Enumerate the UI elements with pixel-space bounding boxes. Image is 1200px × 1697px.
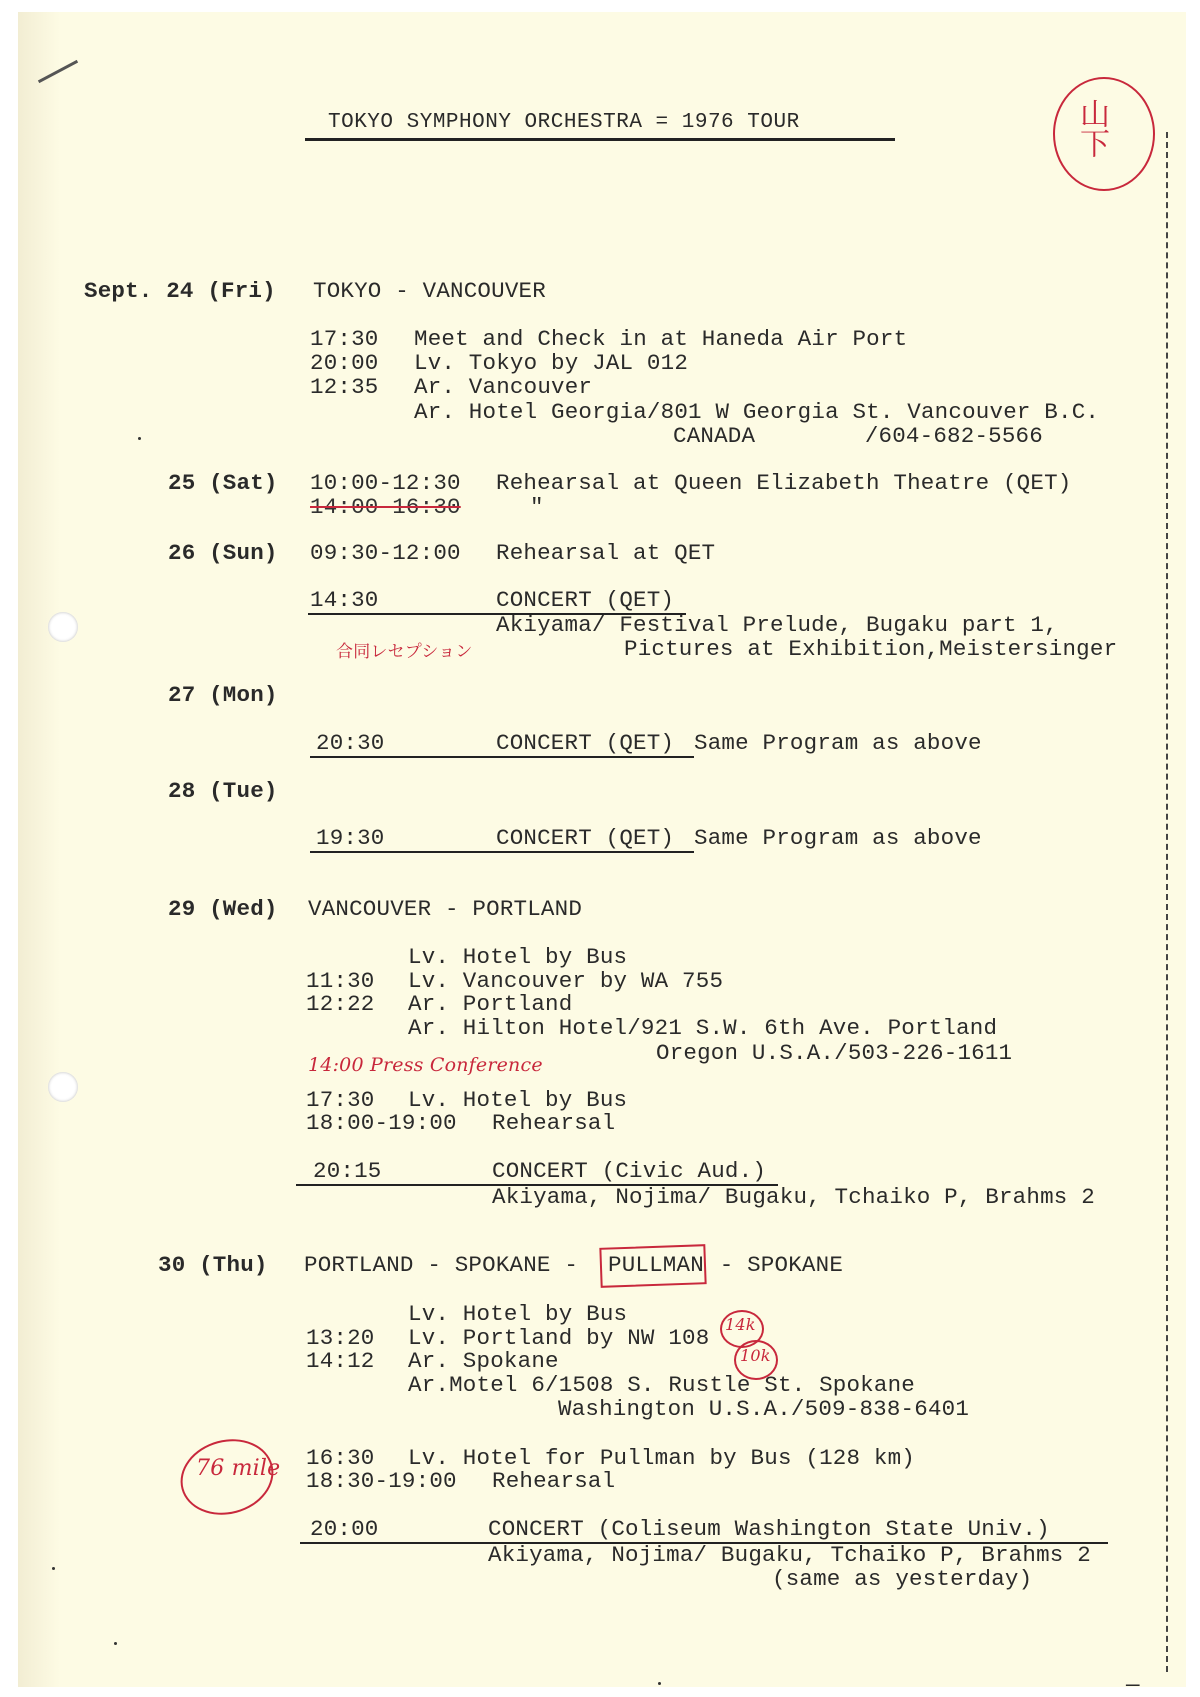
entry-text: Rehearsal	[492, 1470, 615, 1493]
time: 20:00	[310, 352, 379, 375]
time: 09:30-12:00	[310, 542, 461, 565]
time: 10:00-12:30	[310, 472, 461, 495]
ink-speck	[114, 1642, 117, 1645]
date-sept-30: 30 (Thu)	[158, 1254, 268, 1277]
route-part: PORTLAND - SPOKANE -	[304, 1254, 592, 1277]
entry-text: Lv. Hotel by Bus	[408, 1089, 627, 1112]
program-line: Akiyama, Nojima/ Bugaku, Tchaiko P, Brah…	[492, 1186, 1095, 1209]
entry-text: Rehearsal at Queen Elizabeth Theatre (QE…	[496, 472, 1072, 495]
struck-time: 14:00-16:30	[310, 496, 461, 519]
flight-note-14k: 14k	[725, 1317, 756, 1333]
entry-text: Lv. Tokyo by JAL 012	[414, 352, 688, 375]
time: 13:20	[306, 1327, 375, 1350]
route-part: - SPOKANE	[706, 1254, 843, 1277]
ink-speck	[138, 437, 141, 440]
time: 17:30	[310, 328, 379, 351]
date-sept-26: 26 (Sun)	[168, 542, 278, 565]
date-sept-28: 28 (Tue)	[168, 780, 278, 803]
entry-text: Ar. Portland	[408, 993, 572, 1016]
document-page: TOKYO SYMPHONY ORCHESTRA = 1976 TOUR 山下 …	[18, 12, 1186, 1687]
time: 11:30	[306, 970, 375, 993]
entry-text: Oregon U.S.A./503-226-1611	[656, 1042, 1012, 1065]
entry-text: Lv. Vancouver by WA 755	[408, 970, 723, 993]
program-line: Pictures at Exhibition,Meistersinger	[624, 638, 1117, 661]
time: 16:30	[306, 1447, 375, 1470]
reception-note: 合同レセプション	[336, 644, 473, 661]
entry-text: Rehearsal at QET	[496, 542, 715, 565]
entry-text: Ar. Spokane	[408, 1350, 559, 1373]
program-line: Akiyama, Nojima/ Bugaku, Tchaiko P, Brah…	[488, 1544, 1091, 1567]
entry-text: Ar. Vancouver	[414, 376, 592, 399]
entry-text: Ar.Motel 6/1508 S. Rustle St. Spokane	[408, 1374, 915, 1397]
entry-text: Lv. Hotel by Bus	[408, 1303, 627, 1326]
program-line: (same as yesterday)	[772, 1568, 1032, 1591]
entry-text: Lv. Portland by NW 108	[408, 1327, 709, 1350]
entry-text: Ar. Hotel Georgia/801 W Georgia St. Vanc…	[414, 401, 1099, 424]
concert-note: Same Program as above	[694, 827, 982, 850]
concert-time: 20:30	[316, 732, 385, 755]
entry-text: Rehearsal	[492, 1112, 615, 1135]
flight-note-10k: 10k	[740, 1348, 771, 1364]
concert-underline	[310, 756, 694, 758]
concert-label: CONCERT (QET)	[496, 827, 674, 850]
time: 17:30	[306, 1089, 375, 1112]
entry-text: Ar. Hilton Hotel/921 S.W. 6th Ave. Portl…	[408, 1017, 997, 1040]
concert-time: 20:15	[313, 1160, 382, 1183]
page-edge-mark	[1166, 132, 1168, 1672]
concert-label: CONCERT (QET)	[496, 589, 674, 612]
concert-time: 20:00	[310, 1518, 379, 1541]
page-shadow	[18, 12, 60, 1687]
page-dash: —	[1126, 1674, 1140, 1697]
hole-punch-bottom	[48, 1072, 78, 1102]
route-sept-29: VANCOUVER - PORTLAND	[308, 898, 582, 921]
time: 12:35	[310, 376, 379, 399]
entry-text: Lv. Hotel by Bus	[408, 946, 627, 969]
entry-text: Washington U.S.A./509-838-6401	[558, 1398, 969, 1421]
program-line: Akiyama/ Festival Prelude, Bugaku part 1…	[496, 614, 1058, 637]
concert-time: 19:30	[316, 827, 385, 850]
date-sept-24: Sept. 24 (Fri)	[84, 280, 276, 303]
route-sept-24: TOKYO - VANCOUVER	[313, 280, 546, 303]
date-sept-25: 25 (Sat)	[168, 472, 278, 495]
time: 14:12	[306, 1350, 375, 1373]
concert-label: CONCERT (QET)	[496, 732, 674, 755]
date-sept-27: 27 (Mon)	[168, 684, 278, 707]
document-title: TOKYO SYMPHONY ORCHESTRA = 1976 TOUR	[328, 112, 800, 133]
title-underline	[305, 138, 895, 141]
ink-speck	[52, 1567, 55, 1570]
press-conference-note: 14:00 Press Conference	[308, 1056, 543, 1075]
entry-text: Meet and Check in at Haneda Air Port	[414, 328, 907, 351]
concert-note: Same Program as above	[694, 732, 982, 755]
corner-initials: 山下	[1076, 98, 1106, 158]
time: 18:30-19:00	[306, 1470, 457, 1493]
hole-punch-top	[48, 612, 78, 642]
mileage-note: 76 mile	[196, 1458, 280, 1480]
entry-text: Lv. Hotel for Pullman by Bus (128 km)	[408, 1447, 915, 1470]
time: 12:22	[306, 993, 375, 1016]
concert-label: CONCERT (Civic Aud.)	[492, 1160, 766, 1183]
ditto-mark: "	[530, 496, 544, 519]
pullman-highlight-box	[599, 1244, 706, 1288]
time: 18:00-19:00	[306, 1112, 457, 1135]
concert-time: 14:30	[310, 589, 379, 612]
entry-text: CANADA /604-682-5566	[673, 425, 1043, 448]
concert-label: CONCERT (Coliseum Washington State Univ.…	[488, 1518, 1050, 1541]
date-sept-29: 29 (Wed)	[168, 898, 278, 921]
ink-speck	[658, 1682, 661, 1685]
concert-underline	[310, 851, 694, 853]
